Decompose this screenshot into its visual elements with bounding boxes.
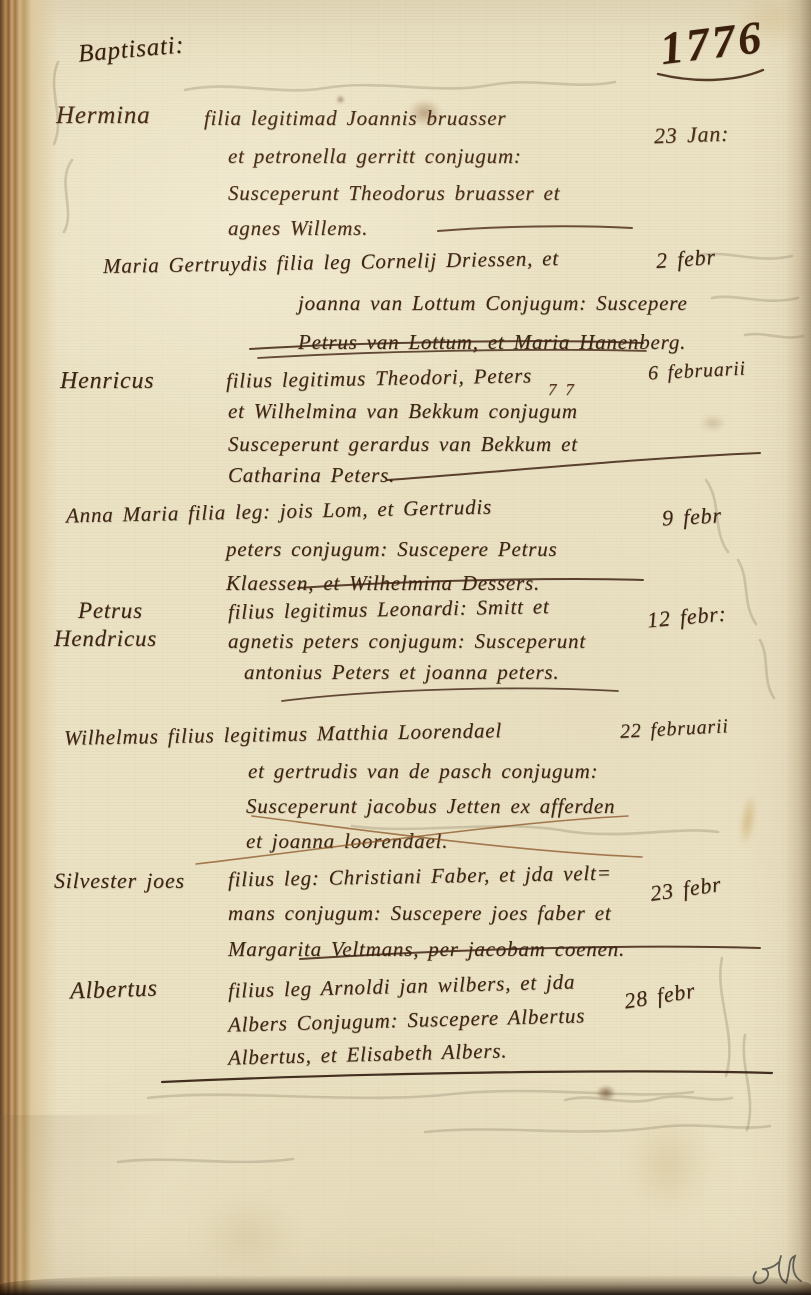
- register-page-scan: Baptisati: 1776 Hermina filia legitimad …: [0, 0, 811, 1295]
- pencil-mark-layer: [0, 0, 811, 1295]
- page-bottom-edge: [0, 1275, 811, 1295]
